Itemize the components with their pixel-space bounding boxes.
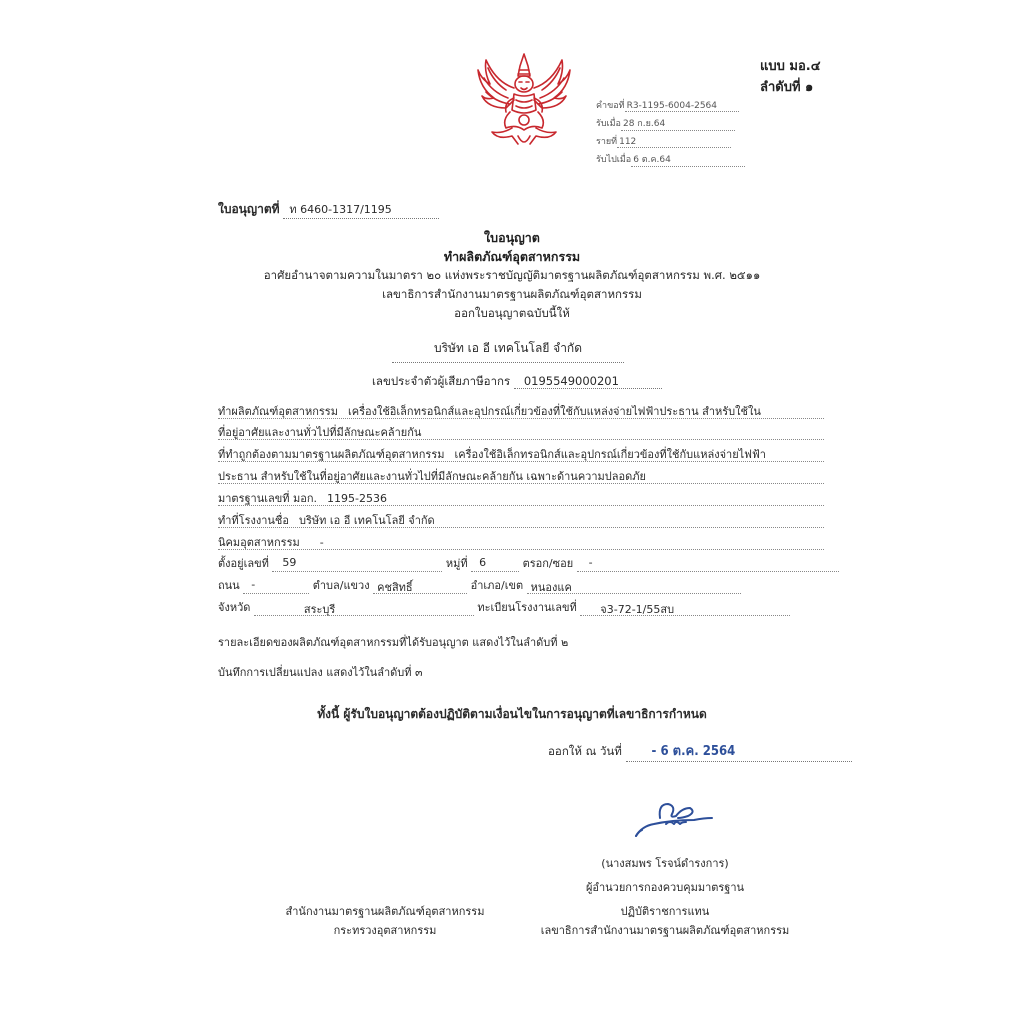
registry-value: 112 [617, 137, 731, 148]
document-title: ใบอนุญาต [0, 228, 1024, 247]
estate-row: นิคมอุตสาหกรรม- [218, 533, 824, 550]
registry-case-no: รายที่112 [596, 134, 731, 148]
registry-request-no: คำขอที่R3-1195-6004-2564 [596, 98, 739, 112]
factory-reg-label: ทะเบียนโรงงานเลขที่ [477, 601, 576, 614]
authority-line: อาศัยอำนาจตามความในมาตรา ๒๐ แห่งพระราชบั… [0, 266, 1024, 285]
product-label: ทำผลิตภัณฑ์อุตสาหกรรม [218, 405, 338, 418]
standard-row-1: ที่ทำถูกต้องตามมาตรฐานผลิตภัณฑ์อุตสาหกรร… [218, 445, 824, 462]
registry-label: รายที่ [596, 134, 617, 148]
registry-label: รับไปเมื่อ [596, 152, 631, 166]
ministry-name: กระทรวงอุตสาหกรรม [250, 921, 520, 940]
registry-label: คำขอที่ [596, 98, 625, 112]
product-row-1: ทำผลิตภัณฑ์อุตสาหกรรมเครื่องใช้อิเล็กทรอ… [218, 402, 824, 419]
address-no-label: ตั้งอยู่เลขที่ [218, 557, 269, 570]
registry-value: 6 ต.ค.64 [631, 152, 745, 167]
address-subdistrict: คชสิทธิ์ [373, 578, 467, 594]
sequence-number: ลำดับที่ ๑ [760, 77, 821, 98]
address-province: สระบุรี [254, 600, 474, 616]
product-description-2: ที่อยู่อาศัยและงานทั่วไปที่มีลักษณะคล้าย… [218, 426, 421, 439]
licensee-company: บริษัท เอ อี เทคโนโลยี จำกัด [392, 339, 624, 363]
registry-label: รับเมื่อ [596, 116, 621, 130]
address-no: 59 [272, 556, 442, 572]
tis-number: 1195-2536 [327, 492, 387, 505]
factory-row: ทำที่โรงงานชื่อบริษัท เอ อี เทคโนโลยี จำ… [218, 511, 824, 528]
document-subtitle: ทำผลิตภัณฑ์อุตสาหกรรม [0, 247, 1024, 266]
issuer-line: เลขาธิการสำนักงานมาตรฐานผลิตภัณฑ์อุตสาหก… [0, 285, 1024, 304]
office-name: สำนักงานมาตรฐานผลิตภัณฑ์อุตสาหกรรม [250, 902, 520, 921]
signer-block: (นางสมพร โรจน์ดำรงการ) ผู้อำนวยการกองควบ… [500, 852, 830, 938]
factory-name: บริษัท เอ อี เทคโนโลยี จำกัด [299, 514, 435, 527]
estate-value: - [320, 536, 324, 549]
standard-row-2: ประธาน สำหรับใช้ในที่อยู่อาศัยและงานทั่ว… [218, 467, 824, 484]
address-row-3: จังหวัด สระบุรี ทะเบียนโรงงานเลขที่ จ3-7… [218, 598, 824, 616]
tax-id: 0195549000201 [514, 374, 662, 389]
office-block: สำนักงานมาตรฐานผลิตภัณฑ์อุตสาหกรรม กระทร… [250, 902, 520, 940]
product-row-2: ที่อยู่อาศัยและงานทั่วไปที่มีลักษณะคล้าย… [218, 423, 824, 440]
address-district-label: อำเภอ/เขต [471, 579, 524, 592]
signer-name: (นางสมพร โรจน์ดำรงการ) [500, 852, 830, 876]
address-province-label: จังหวัด [218, 601, 250, 614]
estate-label: นิคมอุตสาหกรรม [218, 536, 300, 549]
details-note: รายละเอียดของผลิตภัณฑ์อุตสาหกรรมที่ได้รั… [218, 633, 568, 651]
license-condition: ทั้งนี้ ผู้รับใบอนุญาตต้องปฏิบัติตามเงื่… [0, 705, 1024, 724]
address-soi-label: ตรอก/ซอย [523, 557, 574, 570]
address-moo: 6 [471, 556, 519, 572]
address-road: - [243, 578, 309, 594]
registry-value: 28 ก.ย.64 [621, 116, 735, 131]
form-code: แบบ มอ.๔ [760, 56, 821, 77]
tis-label: มาตรฐานเลขที่ มอก. [218, 492, 317, 505]
factory-reg-number: จ3-72-1/55สบ [580, 600, 790, 616]
tax-id-label: เลขประจำตัวผู้เสียภาษีอากร [372, 374, 510, 388]
issued-date: - 6 ต.ค. 2564 [626, 740, 852, 762]
changes-note: บันทึกการเปลี่ยนแปลง แสดงไว้ในลำดับที่ ๓ [218, 663, 423, 681]
issued-date-label: ออกให้ ณ วันที่ [548, 744, 622, 758]
address-soi: - [577, 556, 839, 572]
address-district: หนองแค [527, 578, 741, 594]
tax-id-field: เลขประจำตัวผู้เสียภาษีอากร 0195549000201 [372, 373, 662, 391]
registry-pickup-date: รับไปเมื่อ6 ต.ค.64 [596, 152, 745, 167]
license-number: ท 6460-1317/1195 [283, 200, 439, 219]
address-row-2: ถนน - ตำบล/แขวง คชสิทธิ์ อำเภอ/เขต หนองแ… [218, 576, 824, 594]
product-description-1: เครื่องใช้อิเล็กทรอนิกส์และอุปกรณ์เกี่ยว… [348, 405, 761, 418]
tis-row: มาตรฐานเลขที่ มอก.1195-2536 [218, 489, 824, 506]
document-heading: ใบอนุญาต ทำผลิตภัณฑ์อุตสาหกรรม อาศัยอำนา… [0, 228, 1024, 323]
registry-received-date: รับเมื่อ28 ก.ย.64 [596, 116, 735, 131]
address-row-1: ตั้งอยู่เลขที่ 59 หมู่ที่ 6 ตรอก/ซอย - [218, 554, 824, 572]
address-moo-label: หมู่ที่ [446, 557, 468, 570]
address-subdistrict-label: ตำบล/แขวง [313, 579, 370, 592]
registry-value: R3-1195-6004-2564 [625, 101, 739, 112]
issue-line: ออกใบอนุญาตฉบับนี้ให้ [0, 304, 1024, 323]
factory-label: ทำที่โรงงานชื่อ [218, 514, 289, 527]
signer-acting: ปฏิบัติราชการแทน [500, 900, 830, 924]
signer-title: ผู้อำนวยการกองควบคุมมาตรฐาน [500, 876, 830, 900]
address-road-label: ถนน [218, 579, 240, 592]
signer-on-behalf: เลขาธิการสำนักงานมาตรฐานผลิตภัณฑ์อุตสาหก… [500, 924, 830, 938]
standard-description-1: เครื่องใช้อิเล็กทรอนิกส์และอุปกรณ์เกี่ยว… [454, 448, 765, 461]
signature-icon [632, 796, 722, 840]
garuda-emblem-icon [472, 48, 576, 152]
issued-date-field: ออกให้ ณ วันที่ - 6 ต.ค. 2564 [548, 740, 852, 762]
license-number-label: ใบอนุญาตที่ [218, 202, 280, 216]
standard-label: ที่ทำถูกต้องตามมาตรฐานผลิตภัณฑ์อุตสาหกรร… [218, 448, 444, 461]
license-number-field: ใบอนุญาตที่ ท 6460-1317/1195 [218, 200, 439, 219]
standard-description-2: ประธาน สำหรับใช้ในที่อยู่อาศัยและงานทั่ว… [218, 470, 646, 483]
form-code-block: แบบ มอ.๔ ลำดับที่ ๑ [760, 56, 821, 98]
